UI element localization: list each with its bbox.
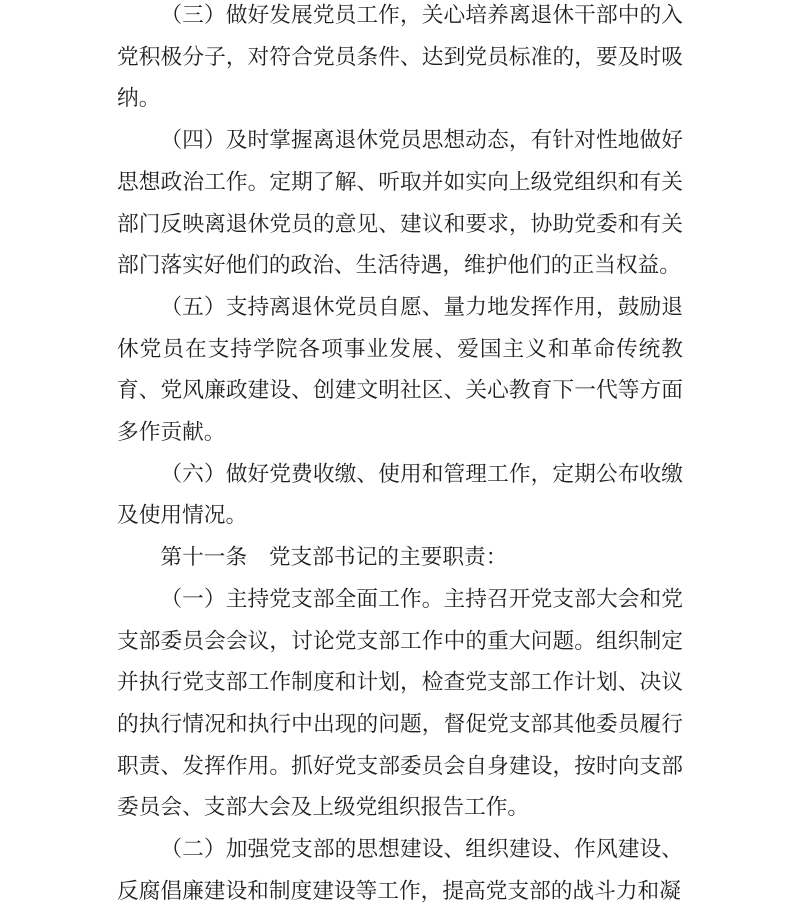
paragraph: （二）加强党支部的思想建设、组织建设、作风建设、反腐倡廉建设和制度建设等工作，提…	[117, 829, 683, 912]
paragraph: （四）及时掌握离退休党员思想动态，有针对性地做好思想政治工作。定期了解、听取并如…	[117, 120, 683, 287]
paragraph: （一）主持党支部全面工作。主持召开党支部大会和党支部委员会会议，讨论党支部工作中…	[117, 579, 683, 829]
clause-heading: 第十一条 党支部书记的主要职责：	[117, 537, 683, 579]
document-body: （三）做好发展党员工作，关心培养离退休干部中的入党积极分子，对符合党员条件、达到…	[117, 0, 683, 912]
document-page: （三）做好发展党员工作，关心培养离退休干部中的入党积极分子，对符合党员条件、达到…	[0, 0, 799, 916]
paragraph: （三）做好发展党员工作，关心培养离退休干部中的入党积极分子，对符合党员条件、达到…	[117, 0, 683, 120]
paragraph: （六）做好党费收缴、使用和管理工作，定期公布收缴及使用情况。	[117, 454, 683, 537]
paragraph: （五）支持离退休党员自愿、量力地发挥作用，鼓励退休党员在支持学院各项事业发展、爱…	[117, 287, 683, 454]
